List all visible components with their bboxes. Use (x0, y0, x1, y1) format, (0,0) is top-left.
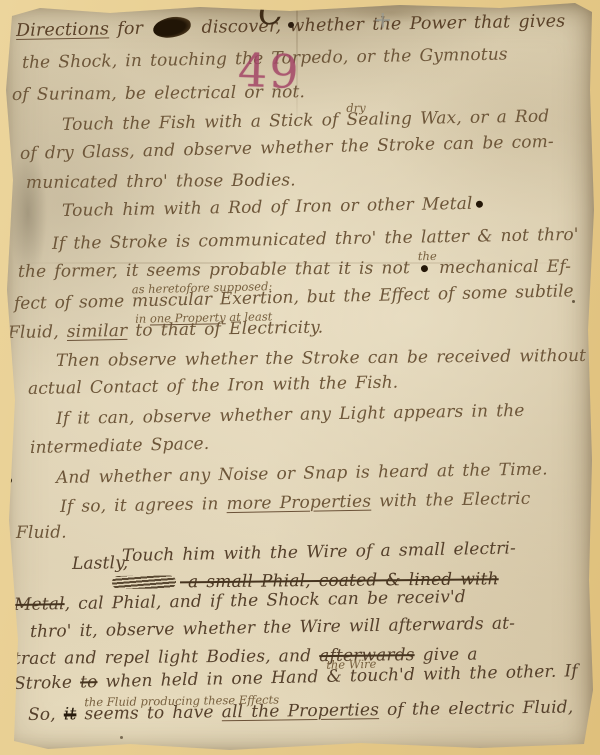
manuscript-text-run: Fluid. (16, 523, 67, 543)
manuscript-text-run: And whether any Noise or Snap is heard a… (56, 459, 548, 488)
manuscript-line: municated thro' those Bodies. (26, 169, 296, 194)
manuscript-text-run: more Properties (226, 492, 371, 515)
manuscript-text-run: Sealing Wax, or a Rod (346, 106, 549, 130)
manuscript-text-run: the Wire (326, 657, 376, 672)
manuscript-text-run: Metal (14, 594, 65, 615)
manuscript-text: Directions for discover, whether the Pow… (0, 0, 600, 755)
manuscript-line: So, it the Fluid producing these Effects… (28, 696, 574, 727)
manuscript-line: Then observe whether the Stroke can be r… (56, 345, 586, 372)
manuscript-line: fect of some as heretofore supposed:musc… (14, 280, 574, 316)
manuscript-text-run: Lastly, (72, 553, 129, 574)
manuscript-text-run: one Property (150, 310, 226, 325)
manuscript-line: If it can, observe whether any Light app… (56, 400, 525, 430)
manuscript-text-run: to (80, 672, 98, 692)
manuscript-text-run: for (109, 19, 152, 40)
manuscript-text-run: So, (28, 705, 64, 725)
manuscript-text-run: Touch him with a Rod of Iron or other Me… (62, 194, 473, 221)
manuscript-text-run: when held in one Hand (97, 667, 327, 692)
manuscript-line: Touch him with a Rod of Iron or other Me… (62, 193, 486, 222)
ink-blot (152, 15, 192, 40)
page-number-stamp: 49 (237, 47, 301, 95)
manuscript-text-run: If so, it agrees in (60, 494, 227, 517)
manuscript-text-run: dry (346, 101, 366, 115)
scribble-strikethrough (112, 575, 176, 589)
manuscript-text-run: intermediate Space. (30, 434, 210, 458)
ink-dot (421, 265, 428, 272)
manuscript-text-run: similar (67, 321, 128, 342)
manuscript-line: If so, it agrees in more Properties with… (60, 488, 531, 518)
manuscript-text-run: at least (226, 309, 273, 324)
manuscript-text-run: actual Contact of the Iron with the Fish… (28, 373, 399, 399)
manuscript-line: If the Stroke is communicated thro' the … (52, 224, 579, 255)
manuscript-text-run: Touch him with the Wire of a small elect… (122, 538, 516, 566)
manuscript-text-run: municated thro' those Bodies. (26, 170, 296, 193)
manuscript-line: actual Contact of the Iron with the Fish… (28, 372, 399, 400)
manuscript-text-run: in (135, 312, 150, 326)
manuscript-text-run: it (64, 704, 77, 724)
manuscript-text-run: the (418, 249, 437, 263)
manuscript-line: Fluid, similar in one Property at leastt… (8, 316, 324, 344)
manuscript-line: Metal, cal Phial, and if the Shock can b… (14, 586, 466, 616)
manuscript-line: thro' it, observe whether the Wire will … (30, 613, 515, 643)
manuscript-text-run: If the Stroke is communicated thro' the … (52, 225, 579, 254)
manuscript-page: Directions for discover, whether the Pow… (0, 0, 600, 755)
manuscript-text-run: fect of some (14, 291, 133, 314)
manuscript-text-run: of dry Glass, and observe whether the St… (20, 132, 554, 164)
manuscript-text-run: If it can, observe whether any Light app… (56, 401, 525, 429)
manuscript-scan: Directions for discover, whether the Pow… (0, 0, 600, 755)
ink-mark-c: C (256, 0, 285, 30)
manuscript-line: Fluid. (16, 522, 67, 544)
manuscript-text-run: thro' it, observe whether the Wire will … (30, 614, 515, 642)
manuscript-text-run: Touch the Fish with a Stick of (62, 110, 347, 135)
manuscript-text-run: the Fluid producing these Effects (84, 692, 279, 709)
manuscript-line: Touch him with the Wire of a small elect… (122, 537, 516, 567)
pencil-cross-mark: + (374, 6, 392, 36)
manuscript-line: intermediate Space. (30, 433, 210, 459)
manuscript-text-run: mechanical Ef- (431, 257, 571, 278)
manuscript-text-run: Stroke (14, 673, 81, 694)
manuscript-line: the former, it seems probable that it is… (18, 256, 571, 284)
manuscript-text-run: the former, it seems probable that it is… (18, 258, 418, 282)
manuscript-text-run: , cal Phial, and if the Shock can be rec… (64, 587, 466, 614)
manuscript-line: And whether any Noise or Snap is heard a… (56, 458, 548, 489)
ink-mark-c-dot (288, 22, 294, 28)
ink-dot (475, 201, 482, 208)
manuscript-text-run: Then observe whether the Stroke can be r… (56, 346, 586, 371)
manuscript-text-run: Fluid, (8, 322, 67, 343)
manuscript-text-run: Directions (16, 19, 109, 41)
manuscript-text-run: tract and repel light Bodies, and (14, 646, 319, 669)
manuscript-text-run: with the Electric (371, 489, 531, 512)
manuscript-text-run: of the electric Fluid, (379, 697, 574, 720)
